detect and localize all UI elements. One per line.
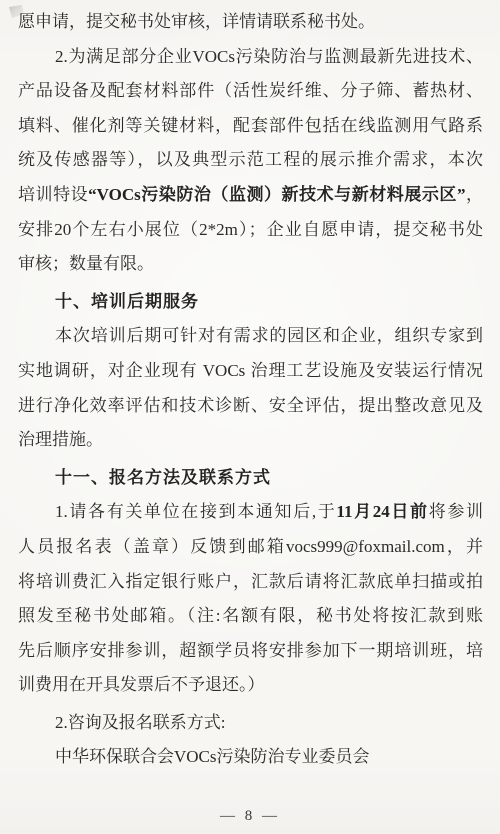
text-segment: 进行净化效率评估和技术诊断、安全评估，提出整改意见及 <box>18 396 483 415</box>
text-segment: 照发至秘书处邮箱。（注:名额有限，秘书处将按汇款到账 <box>18 606 483 625</box>
heading-line: 十一、报名方法及联系方式 <box>18 461 483 496</box>
text-line: 统及传感器等），以及典型示范工程的展示推介需求，本次 <box>18 143 483 178</box>
text-segment: 本次培训后期可针对有需求的园区和企业，组织专家到 <box>55 326 483 345</box>
text-segment: 审核；数量有限。 <box>18 254 154 273</box>
document-body: 愿申请，提交秘书处审核，详情请联系秘书处。2.为满足部分企业VOCs污染防治与监… <box>0 2 500 775</box>
text-segment: 先后顺序安排参训，超额学员将安排参加下一期培训班，培 <box>18 641 483 660</box>
text-segment: 填料、催化剂等关键材料，配套部件包括在线监测用气路系 <box>18 116 483 135</box>
text-segment: 将参训 <box>429 502 483 521</box>
text-segment: 产品设备及配套材料部件（活性炭纤维、分子筛、蓄热材、 <box>18 81 483 100</box>
text-segment: 人员报名表（盖章）反馈到邮箱vocs999@foxmail.com，并 <box>18 537 483 556</box>
text-line: 产品设备及配套材料部件（活性炭纤维、分子筛、蓄热材、 <box>18 74 483 109</box>
emphasized-text-segment: 十一、报名方法及联系方式 <box>55 468 271 487</box>
text-segment: 培训特设 <box>18 185 88 204</box>
text-line: 训费用在开具发票后不予退还。） <box>18 668 483 703</box>
text-line: 治理措施。 <box>18 423 483 458</box>
text-segment: 实地调研，对企业现有 VOCs 治理工艺设施及安装运行情况 <box>18 361 483 380</box>
emphasized-text-segment: “VOCs污染防治（监测）新技术与新材料展示区” <box>88 185 465 204</box>
text-line: 进行净化效率评估和技术诊断、安全评估，提出整改意见及 <box>18 389 483 424</box>
text-segment: 将培训费汇入指定银行账户，汇款后请将汇款底单扫描或拍 <box>18 572 483 591</box>
text-segment: 2.为满足部分企业VOCs污染防治与监测最新先进技术、 <box>55 47 483 66</box>
text-segment: 安排20个左右小展位（2*2m）；企业自愿申请，提交秘书处 <box>18 220 483 239</box>
text-segment: 统及传感器等），以及典型示范工程的展示推介需求，本次 <box>18 150 483 169</box>
emphasized-text-segment: 11月24日前 <box>336 502 428 521</box>
text-line: 愿申请，提交秘书处审核，详情请联系秘书处。 <box>18 5 483 40</box>
text-segment: 治理措施。 <box>18 430 103 449</box>
text-segment: ， <box>465 185 483 204</box>
text-line: 人员报名表（盖章）反馈到邮箱vocs999@foxmail.com，并 <box>18 530 483 565</box>
text-line: 安排20个左右小展位（2*2m）；企业自愿申请，提交秘书处 <box>18 213 483 248</box>
text-line: 实地调研，对企业现有 VOCs 治理工艺设施及安装运行情况 <box>18 354 483 389</box>
text-line: 将培训费汇入指定银行账户，汇款后请将汇款底单扫描或拍 <box>18 565 483 600</box>
text-segment: 中华环保联合会VOCs污染防治专业委员会 <box>55 747 370 766</box>
text-line: 2.为满足部分企业VOCs污染防治与监测最新先进技术、 <box>18 40 483 75</box>
text-segment: 1.请各有关单位在接到本通知后,于 <box>55 502 336 521</box>
heading-line: 十、培训后期服务 <box>18 285 483 320</box>
text-line: 2.咨询及报名联系方式: <box>18 706 483 741</box>
page-number: — 8 — <box>0 808 500 825</box>
emphasized-text-segment: 十、培训后期服务 <box>55 292 199 311</box>
text-line: 培训特设“VOCs污染防治（监测）新技术与新材料展示区”， <box>18 178 483 213</box>
text-line: 填料、催化剂等关键材料，配套部件包括在线监测用气路系 <box>18 109 483 144</box>
text-line: 先后顺序安排参训，超额学员将安排参加下一期培训班，培 <box>18 634 483 669</box>
text-line: 审核；数量有限。 <box>18 247 483 282</box>
text-line: 1.请各有关单位在接到本通知后,于11月24日前将参训 <box>18 495 483 530</box>
text-segment: 训费用在开具发票后不予退还。） <box>18 675 265 694</box>
text-line: 本次培训后期可针对有需求的园区和企业，组织专家到 <box>18 319 483 354</box>
text-segment: 2.咨询及报名联系方式: <box>55 713 225 732</box>
text-line: 中华环保联合会VOCs污染防治专业委员会 <box>18 740 483 775</box>
text-segment: 愿申请，提交秘书处审核，详情请联系秘书处。 <box>18 12 375 31</box>
text-line: 照发至秘书处邮箱。（注:名额有限，秘书处将按汇款到账 <box>18 599 483 634</box>
